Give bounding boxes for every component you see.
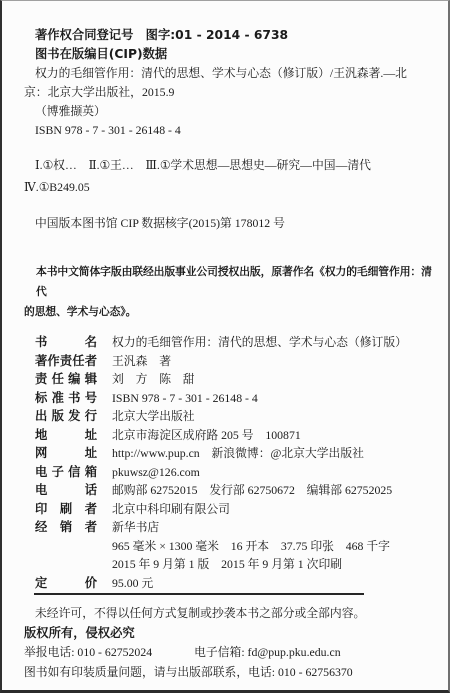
series-name: （博雅撷英） bbox=[24, 102, 436, 121]
colophon-table: 书名 权力的毛细管作用：清代的思想、学术与心态（修订版） 著作责任者 王汎森 著… bbox=[24, 335, 436, 594]
classification-line-1: Ⅰ.①权… Ⅱ.①王… Ⅲ.①学术思想—思想史—研究—中国—清代 bbox=[24, 156, 436, 175]
row-value: 邮购部 62752015 发行部 62750672 编辑部 62752025 bbox=[112, 483, 392, 497]
report-email: 电子信箱: fd@pup.pku.edu.cn bbox=[194, 645, 341, 659]
row-value: 新华书店 bbox=[112, 520, 159, 534]
copyright-registration-line: 著作权合同登记号 图字:01 - 2014 - 6738 bbox=[24, 26, 436, 45]
row-value: pkuwsz@126.com bbox=[112, 465, 200, 479]
row-label: 书名 bbox=[35, 335, 97, 349]
print-quality-line: 图书如有印装质量问题，请与出版部联系，电话: 010 - 62756370 bbox=[24, 663, 436, 683]
colophon-row-address: 地址 北京市海淀区成府路 205 号 100871 bbox=[24, 428, 436, 447]
row-label: 责任编辑 bbox=[35, 372, 97, 386]
colophon-row-isbn: 标准书号 ISBN 978 - 7 - 301 - 26148 - 4 bbox=[24, 391, 436, 410]
colophon-row-publisher: 出版发行 北京大学出版社 bbox=[24, 409, 436, 428]
colophon-row-printer: 印刷者 北京中科印刷有限公司 bbox=[24, 502, 436, 521]
colophon-row-book-title: 书名 权力的毛细管作用：清代的思想、学术与心态（修订版） bbox=[24, 335, 436, 354]
colophon-row-website: 网址 http://www.pup.cn 新浪微博：@北京大学出版社 bbox=[24, 446, 436, 465]
no-copy-notice: 未经许可，不得以任何方式复制或抄袭本书之部分或全部内容。 bbox=[24, 604, 436, 624]
colophon-row-format: 965 毫米 × 1300 毫米 16 开本 37.75 印张 468 千字 bbox=[24, 539, 436, 558]
cip-block: 著作权合同登记号 图字:01 - 2014 - 6738 图书在版编目(CIP)… bbox=[24, 26, 436, 233]
copyright-footer: 未经许可，不得以任何方式复制或抄袭本书之部分或全部内容。 版权所有，侵权必究 举… bbox=[24, 604, 436, 682]
row-label: 电话 bbox=[35, 483, 97, 497]
cip-record-number: 中国版本图书馆 CIP 数据核字(2015)第 178012 号 bbox=[24, 214, 436, 233]
row-value: 刘 方 陈 甜 bbox=[112, 372, 195, 386]
book-copyright-page: 著作权合同登记号 图字:01 - 2014 - 6738 图书在版编目(CIP)… bbox=[0, 0, 450, 693]
row-label: 网址 bbox=[35, 446, 97, 460]
row-label: 电子信箱 bbox=[35, 465, 97, 479]
row-label: 地址 bbox=[35, 428, 97, 442]
license-notice: 本书中文简体字版由联经出版事业公司授权出版，原著作名《权力的毛细管作用：清代 的… bbox=[24, 262, 436, 322]
row-value: ISBN 978 - 7 - 301 - 26148 - 4 bbox=[112, 391, 258, 405]
row-label: 定价 bbox=[35, 576, 97, 590]
report-phone: 举报电话: 010 - 62752024 bbox=[24, 645, 152, 659]
rights-reserved-notice: 版权所有，侵权必究 bbox=[24, 624, 436, 644]
row-label: 经销者 bbox=[35, 520, 97, 534]
cip-description-line-1: 权力的毛细管作用：清代的思想、学术与心态（修订版）/王汎森著.—北 bbox=[24, 64, 436, 83]
colophon-row-edition: 2015 年 9 月第 1 版 2015 年 9 月第 1 次印刷 bbox=[24, 557, 436, 576]
colophon-row-editor: 责任编辑 刘 方 陈 甜 bbox=[24, 372, 436, 391]
row-value: 95.00 元 bbox=[112, 576, 153, 590]
row-value: http://www.pup.cn 新浪微博：@北京大学出版社 bbox=[112, 446, 364, 460]
row-label: 标准书号 bbox=[35, 391, 97, 405]
row-value: 965 毫米 × 1300 毫米 16 开本 37.75 印张 468 千字 bbox=[112, 539, 390, 553]
row-label: 印刷者 bbox=[35, 502, 97, 516]
row-value: 北京中科印刷有限公司 bbox=[112, 502, 230, 516]
colophon-row-author: 著作责任者 王汎森 著 bbox=[24, 354, 436, 373]
isbn-line: ISBN 978 - 7 - 301 - 26148 - 4 bbox=[24, 121, 436, 140]
colophon-row-price: 定价 95.00 元 bbox=[24, 576, 436, 595]
report-contact-line: 举报电话: 010 - 62752024电子信箱: fd@pup.pku.edu… bbox=[24, 643, 436, 663]
cip-data-header: 图书在版编目(CIP)数据 bbox=[24, 45, 436, 64]
row-value: 北京大学出版社 bbox=[112, 409, 195, 423]
row-value: 北京市海淀区成府路 205 号 100871 bbox=[112, 428, 301, 442]
row-label: 出版发行 bbox=[35, 409, 97, 423]
row-value: 2015 年 9 月第 1 版 2015 年 9 月第 1 次印刷 bbox=[112, 557, 342, 571]
cip-description-line-2: 京：北京大学出版社，2015.9 bbox=[24, 83, 436, 102]
colophon-row-distributor: 经销者 新华书店 bbox=[24, 520, 436, 539]
license-notice-line-1: 本书中文简体字版由联经出版事业公司授权出版，原著作名《权力的毛细管作用：清代 bbox=[24, 262, 436, 302]
colophon-row-phone: 电话 邮购部 62752015 发行部 62750672 编辑部 6275202… bbox=[24, 483, 436, 502]
classification-line-2: Ⅳ.①B249.05 bbox=[24, 178, 436, 197]
colophon-row-email: 电子信箱 pkuwsz@126.com bbox=[24, 465, 436, 484]
row-value: 权力的毛细管作用：清代的思想、学术与心态（修订版） bbox=[112, 335, 407, 349]
row-label: 著作责任者 bbox=[35, 354, 97, 368]
license-notice-line-2: 的思想、学术与心态》。 bbox=[24, 302, 436, 322]
row-value: 王汎森 著 bbox=[112, 354, 171, 368]
horizontal-rule bbox=[34, 593, 364, 595]
